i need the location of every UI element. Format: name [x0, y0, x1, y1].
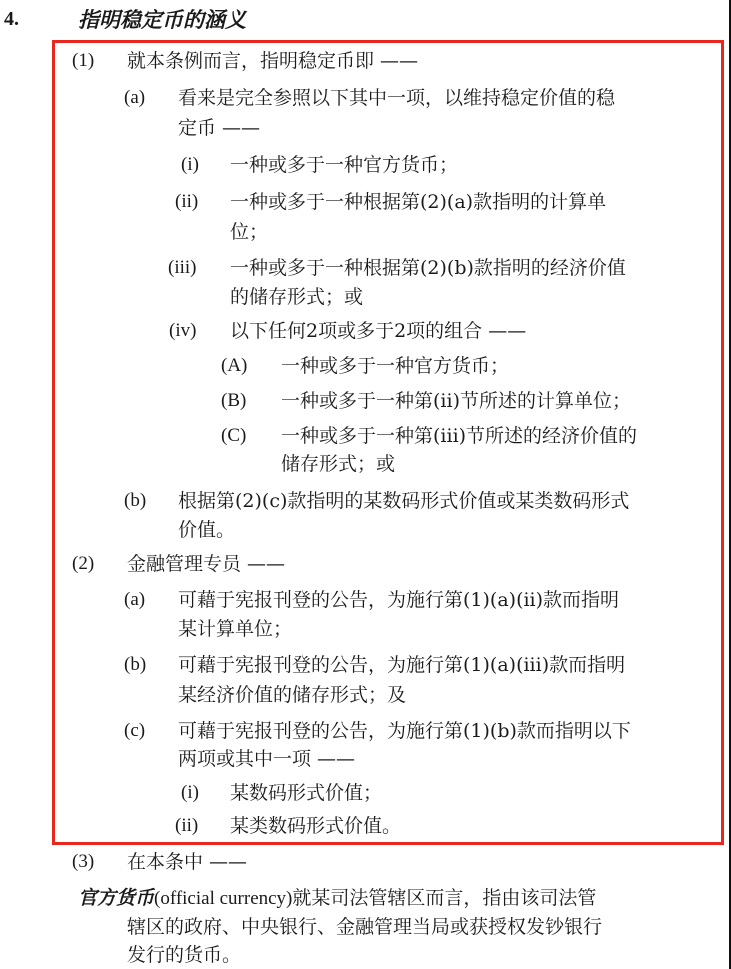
subsection-2-label: (2) — [72, 550, 94, 578]
subsection-3-text: 在本条中 —— — [127, 848, 247, 876]
para-2a-label: (a) — [124, 586, 145, 614]
para-1a-line1: 看来是完全参照以下其中一项，以维持稳定价值的稳 — [178, 84, 615, 112]
item-2c-ii-label: (ii) — [175, 812, 198, 840]
subsection-1-text: 就本条例而言，指明稳定币即 —— — [127, 47, 418, 75]
item-1a-ii-line1: 一种或多于一种根据第(2)(a)款指明的计算单 — [230, 188, 606, 216]
para-2b-line1: 可藉于宪报刊登的公告，为施行第(1)(a)(iii)款而指明 — [178, 651, 625, 679]
item-1a-ii-label: (ii) — [175, 188, 198, 216]
subitem-C-label: (C) — [221, 422, 246, 450]
subitem-C-line2: 储存形式；或 — [281, 450, 395, 478]
definition-line1: 官方货币(official currency)就某司法管辖区而言，指由该司法管 — [78, 884, 596, 913]
subitem-C-line1: 一种或多于一种第(iii)节所述的经济价值的 — [281, 422, 637, 450]
item-1a-iv-label: (iv) — [169, 317, 196, 345]
para-2b-line2: 某经济价值的储存形式；及 — [178, 681, 406, 709]
definition-text1: 就某司法管辖区而言，指由该司法管 — [292, 887, 596, 909]
item-1a-iii-line1: 一种或多于一种根据第(2)(b)款指明的经济价值 — [230, 254, 626, 282]
para-1b-line1: 根据第(2)(c)款指明的某数码形式价值或某类数码形式 — [178, 487, 629, 515]
item-2c-ii-text: 某类数码形式价值。 — [230, 812, 401, 840]
item-1a-i-label: (i) — [181, 151, 199, 179]
para-1b-line2: 价值。 — [178, 516, 235, 544]
subitem-A-text: 一种或多于一种官方货币； — [281, 352, 509, 380]
definition-line2: 辖区的政府、中央银行、金融管理当局或获授权发钞银行 — [127, 913, 602, 941]
subitem-A-label: (A) — [221, 352, 247, 380]
para-1b-label: (b) — [124, 487, 146, 515]
para-2c-line1: 可藉于宪报刊登的公告，为施行第(1)(b)款而指明以下 — [178, 717, 631, 745]
definition-term: 官方货币 — [78, 887, 154, 909]
para-2c-line2: 两项或其中一项 —— — [178, 745, 355, 773]
section-title: 指明稳定币的涵义 — [78, 4, 246, 34]
para-1a-line2: 定币 —— — [178, 114, 260, 142]
item-1a-ii-line2: 位； — [230, 218, 268, 246]
definition-english: (official currency) — [154, 888, 292, 909]
subsection-3-label: (3) — [72, 848, 94, 876]
para-2a-line1: 可藉于宪报刊登的公告，为施行第(1)(a)(ii)款而指明 — [178, 586, 619, 614]
para-1a-label: (a) — [124, 84, 145, 112]
definition-line3: 发行的货币。 — [127, 941, 241, 969]
para-2b-label: (b) — [124, 651, 146, 679]
section-number: 4. — [4, 8, 19, 31]
para-2a-line2: 某计算单位； — [178, 615, 292, 643]
item-1a-i-text: 一种或多于一种官方货币； — [230, 151, 458, 179]
subitem-B-label: (B) — [221, 387, 246, 415]
item-1a-iii-label: (iii) — [168, 254, 197, 282]
para-2c-label: (c) — [124, 717, 145, 745]
item-1a-iv-text: 以下任何2项或多于2项的组合 —— — [230, 317, 526, 345]
subsection-2-text: 金融管理专员 —— — [127, 550, 285, 578]
subitem-B-text: 一种或多于一种第(ii)节所述的计算单位； — [281, 387, 631, 415]
subsection-1-label: (1) — [72, 47, 94, 75]
item-2c-i-label: (i) — [181, 779, 199, 807]
item-2c-i-text: 某数码形式价值； — [230, 779, 382, 807]
item-1a-iii-line2: 的储存形式；或 — [230, 283, 363, 311]
